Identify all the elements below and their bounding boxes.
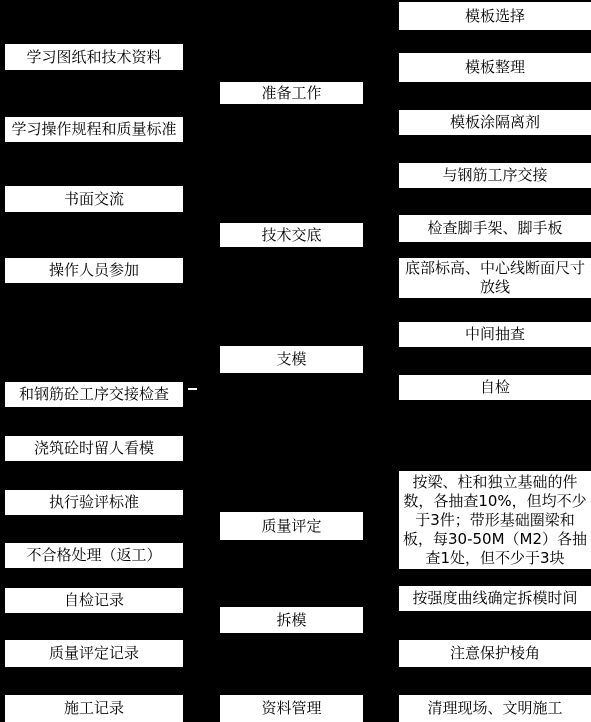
node-documentation-management: 资料管理 bbox=[220, 695, 363, 722]
node-site-cleanup-civilized-construction: 清理现场、文明施工 bbox=[399, 695, 591, 722]
node-self-check-record: 自检记录 bbox=[5, 588, 183, 613]
node-preparation-work: 准备工作 bbox=[220, 82, 363, 104]
connector-line bbox=[188, 388, 197, 390]
node-quality-assessment-record: 质量评定记录 bbox=[5, 640, 183, 667]
node-protect-edges-corners: 注意保护棱角 bbox=[399, 640, 591, 667]
node-setting-out-elevation-centerline: 底部标高、中心线断面尺寸放线 bbox=[399, 258, 591, 298]
node-construction-record: 施工记录 bbox=[5, 695, 183, 722]
node-formwork-erection: 支模 bbox=[220, 346, 363, 373]
node-study-drawings-materials: 学习图纸和技术资料 bbox=[5, 44, 183, 70]
node-quality-assessment: 质量评定 bbox=[220, 512, 363, 540]
node-removal-time-by-strength-curve: 按强度曲线确定拆模时间 bbox=[399, 586, 591, 611]
node-study-procedures-standards: 学习操作规程和质量标准 bbox=[5, 117, 183, 142]
node-intermediate-spot-check: 中间抽查 bbox=[399, 322, 591, 347]
node-formwork-arrangement: 模板整理 bbox=[399, 53, 591, 82]
node-sampling-inspection-rules: 按梁、柱和独立基础的件数，各抽查10%，但均不少于3件；带形基础圈梁和板，每30… bbox=[399, 471, 591, 569]
node-operators-participate: 操作人员参加 bbox=[5, 258, 183, 283]
node-watch-formwork-during-pouring: 浇筑砼时留人看模 bbox=[5, 436, 183, 461]
node-apply-release-agent: 模板涂隔离剂 bbox=[399, 110, 591, 135]
flowchart: 学习图纸和技术资料 学习操作规程和质量标准 书面交流 操作人员参加 和钢筋砼工序… bbox=[0, 0, 591, 722]
node-apply-acceptance-standards: 执行验评标准 bbox=[5, 490, 183, 515]
node-technical-disclosure: 技术交底 bbox=[220, 223, 363, 247]
node-handover-with-rebar: 与钢筋工序交接 bbox=[399, 163, 591, 188]
node-rebar-concrete-handover-check: 和钢筋砼工序交接检查 bbox=[5, 382, 183, 407]
node-check-scaffolding: 检查脚手架、脚手板 bbox=[399, 215, 591, 242]
node-rework-nonconforming: 不合格处理（返工） bbox=[5, 543, 183, 568]
node-self-check: 自检 bbox=[399, 375, 591, 400]
node-formwork-removal: 拆模 bbox=[220, 607, 363, 633]
node-written-communication: 书面交流 bbox=[5, 186, 183, 212]
node-formwork-selection: 模板选择 bbox=[399, 2, 591, 30]
